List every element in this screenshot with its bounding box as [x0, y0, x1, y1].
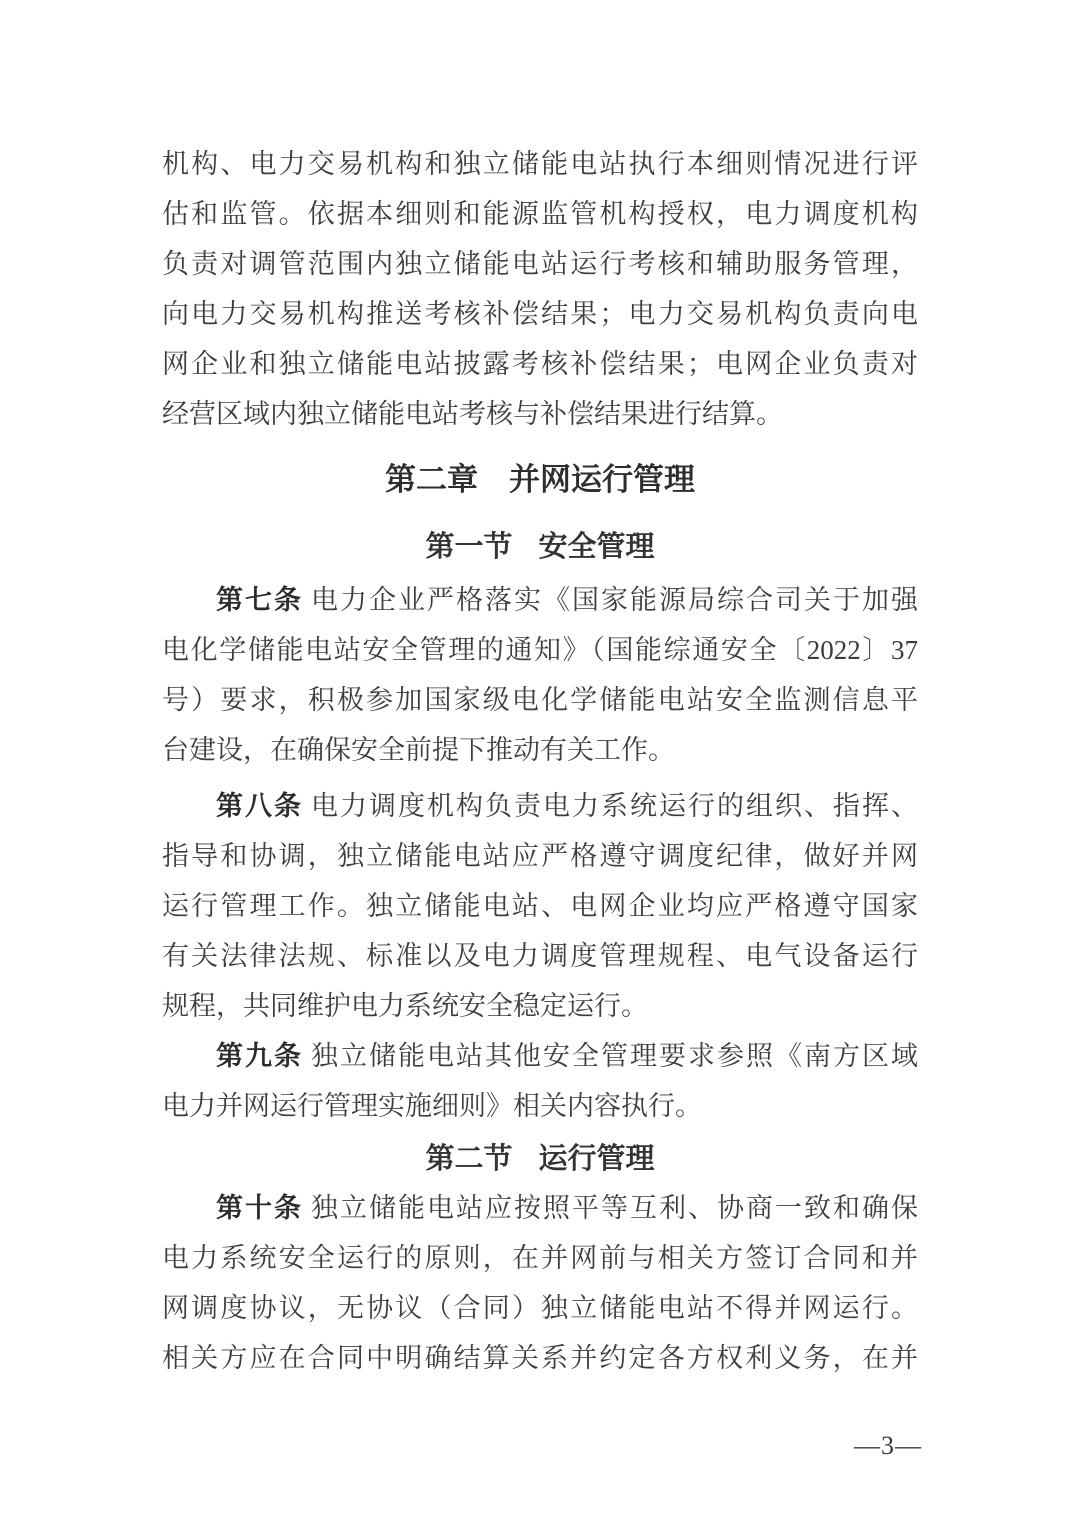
section-heading-1: 第一节安全管理: [162, 519, 918, 575]
article-8-line-5: 规程，共同维护电力系统安全稳定运行。: [162, 981, 918, 1031]
section-1-title: 安全管理: [539, 531, 655, 563]
section-2-label: 第二节: [425, 1143, 512, 1175]
intro-line-5: 网企业和独立储能电站披露考核补偿结果；电网企业负责对: [162, 339, 918, 389]
intro-line-3: 负责对调管范围内独立储能电站运行考核和辅助服务管理，: [162, 239, 918, 289]
article-9-text: 独立储能电站其他安全管理要求参照《南方区域: [311, 1041, 918, 1071]
chapter-title: 并网运行管理: [509, 462, 695, 497]
article-10-line-3: 网调度协议，无协议（合同）独立储能电站不得并网运行。: [162, 1283, 918, 1333]
article-10-line-4: 相关方应在合同中明确结算关系并约定各方权利义务，在并: [162, 1333, 918, 1383]
document-page: 机构、电力交易机构和独立储能电站执行本细则情况进行评 估和监管。依据本细则和能源…: [162, 139, 918, 1383]
article-10-text: 独立储能电站应按照平等互利、协商一致和确保: [311, 1193, 918, 1223]
article-9-term: 第九条: [216, 1041, 303, 1071]
article-10-line-1: 第十条独立储能电站应按照平等互利、协商一致和确保: [162, 1183, 918, 1233]
article-8-line-2: 指导和协调，独立储能电站应严格遵守调度纪律，做好并网: [162, 831, 918, 881]
intro-line-2: 估和监管。依据本细则和能源监管机构授权，电力调度机构: [162, 189, 918, 239]
section-1-label: 第一节: [425, 531, 512, 563]
intro-line-6: 经营区域内独立储能电站考核与补偿结果进行结算。: [162, 389, 918, 439]
article-8-line-4: 有关法律法规、标准以及电力调度管理规程、电气设备运行: [162, 931, 918, 981]
article-10-term: 第十条: [216, 1193, 303, 1223]
section-heading-2: 第二节运行管理: [162, 1131, 918, 1187]
article-8-text: 电力调度机构负责电力系统运行的组织、指挥、: [311, 791, 918, 821]
article-7-line-1: 第七条电力企业严格落实《国家能源局综合司关于加强: [162, 575, 918, 625]
article-9-line-2: 电力并网运行管理实施细则》相关内容执行。: [162, 1081, 918, 1131]
section-2-title: 运行管理: [539, 1143, 655, 1175]
article-7-term: 第七条: [216, 585, 303, 615]
article-8-line-1: 第八条电力调度机构负责电力系统运行的组织、指挥、: [162, 781, 918, 831]
article-8-line-3: 运行管理工作。独立储能电站、电网企业均应严格遵守国家: [162, 881, 918, 931]
article-8-term: 第八条: [216, 791, 303, 821]
article-7-line-3: 号）要求，积极参加国家级电化学储能电站安全监测信息平: [162, 675, 918, 725]
intro-line-4: 向电力交易机构推送考核补偿结果；电力交易机构负责向电: [162, 289, 918, 339]
page-number: —3—: [854, 1433, 922, 1459]
article-7-text: 电力企业严格落实《国家能源局综合司关于加强: [311, 585, 918, 615]
article-9-line-1: 第九条独立储能电站其他安全管理要求参照《南方区域: [162, 1031, 918, 1081]
article-7-line-2: 电化学储能电站安全管理的通知》（国能综通安全〔2022〕37: [162, 625, 918, 675]
intro-line-1: 机构、电力交易机构和独立储能电站执行本细则情况进行评: [162, 139, 918, 189]
chapter-label: 第二章: [385, 462, 478, 497]
chapter-heading: 第二章并网运行管理: [162, 449, 918, 511]
article-7-line-4: 台建设，在确保安全前提下推动有关工作。: [162, 725, 918, 775]
article-10-line-2: 电力系统安全运行的原则，在并网前与相关方签订合同和并: [162, 1233, 918, 1283]
